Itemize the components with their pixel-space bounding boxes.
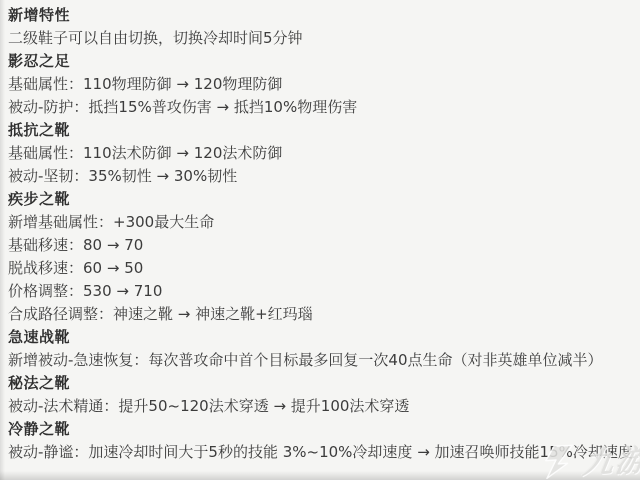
patch-note-line: 新增被动-急速恢复：每次普攻命中首个目标最多回复一次40点生命（对非英雄单位减半… [8,349,640,372]
section-heading-new-feature: 新增特性 [8,4,640,27]
patch-note-line: 脱战移速：60 → 50 [8,257,640,280]
patch-note-line: 被动-防护：抵挡15%普攻伤害 → 抵挡10%物理伤害 [8,96,640,119]
section-heading-shadow-boots: 影忍之足 [8,50,640,73]
bottom-edge-shade [0,471,640,480]
patch-note-line: 被动-法术精通：提升50~120法术穿透 → 提升100法术穿透 [8,395,640,418]
patch-note-line: 基础属性：110法术防御 → 120法术防御 [8,142,640,165]
patch-note-line: 二级鞋子可以自由切换，切换冷却时间5分钟 [8,27,640,50]
section-heading-rapid-warboots: 急速战靴 [8,326,640,349]
patch-note-line: 基础属性：110物理防御 → 120物理防御 [8,73,640,96]
section-heading-resistance-boots: 抵抗之靴 [8,119,640,142]
patch-note-line: 价格调整：530 → 710 [8,280,640,303]
patch-note-line: 合成路径调整：神速之靴 → 神速之靴+红玛瑙 [8,303,640,326]
patch-note-line: 基础移速：80 → 70 [8,234,640,257]
patch-notes-page: 新增特性 二级鞋子可以自由切换，切换冷却时间5分钟 影忍之足 基础属性：110物… [0,0,640,480]
patch-notes-content: 新增特性 二级鞋子可以自由切换，切换冷却时间5分钟 影忍之足 基础属性：110物… [0,4,640,464]
section-heading-arcane-boots: 秘法之靴 [8,372,640,395]
patch-note-line: 被动-静谧：加速冷却时间大于5秒的技能 3%~10%冷却速度 → 加速召唤师技能… [8,441,640,464]
patch-note-line: 被动-坚韧：35%韧性 → 30%韧性 [8,165,640,188]
section-heading-swift-boots: 疾步之靴 [8,188,640,211]
section-heading-cooldown-boots: 冷静之靴 [8,418,640,441]
patch-note-line: 新增基础属性：+300最大生命 [8,211,640,234]
